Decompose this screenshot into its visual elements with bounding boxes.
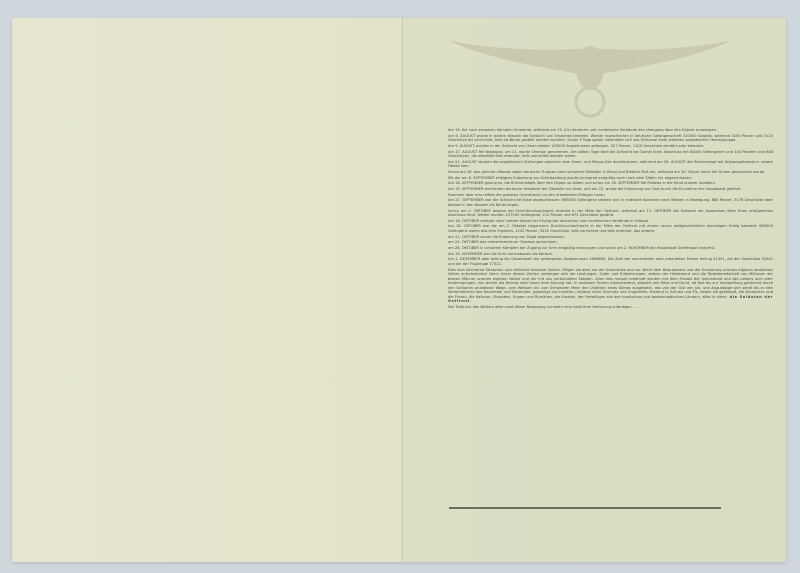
paragraph: am 24. OKTOBER das Industriezentrum Char… bbox=[448, 240, 773, 245]
paragraph: Dies sind nüchterne Tatsachen und vielle… bbox=[448, 268, 773, 304]
center-fold bbox=[402, 18, 403, 562]
paragraph: Am 16. NOVEMBER war die Krim durchstosse… bbox=[448, 252, 773, 257]
paragraph: Der Einbruch des Winters allein wird die… bbox=[448, 305, 773, 310]
paragraph: am 28. OKTOBER in schweren Kämpfen der Z… bbox=[448, 246, 773, 251]
paragraph: Am 21. AUGUST wurden die sowjetischen St… bbox=[448, 160, 773, 169]
document-body: Am 16. fiel nach schweren Kämpfen Smolen… bbox=[448, 128, 773, 310]
paragraph: Am 19. SEPTEMBER erstürmten deutsche Ver… bbox=[448, 187, 773, 192]
paragraph: Am 16. SEPTEMBER gelang es, die Brückenk… bbox=[448, 181, 773, 186]
paragraph: Am 17. AUGUST fiel Nikolajew, am 21. wur… bbox=[448, 150, 773, 159]
paragraph: Am 18. OKTOBER war die am 2. Oktober beg… bbox=[448, 224, 773, 233]
paragraph: Mit der am 8. SEPTEMBER erfolgten Erober… bbox=[448, 176, 773, 181]
closing-emphasis: die Soldaten der Ostfront. bbox=[448, 295, 773, 304]
paragraph: Am 27. SEPTEMBER war die Schlacht bei Ki… bbox=[448, 198, 773, 207]
paragraph: Nunmehr aber erst reiften die grössten O… bbox=[448, 193, 773, 198]
paragraph: Am 6. AUGUST wurde in weiten Kesseln die… bbox=[448, 134, 773, 143]
paragraph: Schon am 2. OKTOBER begann der Durchbruc… bbox=[448, 209, 773, 218]
paragraph: Schon am 28. des gleichen Monats zogen d… bbox=[448, 170, 773, 175]
paragraph: Am 9. AUGUST wurden in der Schlacht von … bbox=[448, 144, 773, 149]
eagle-emblem-icon bbox=[440, 30, 740, 120]
paragraph: Am 16. fiel nach schweren Kämpfen Smolen… bbox=[448, 128, 773, 133]
paragraph: Am 21. OKTOBER wurde die Eroberung von D… bbox=[448, 235, 773, 240]
paragraph: Am 1. DEZEMBER aber betrug die Gesamtzah… bbox=[448, 257, 773, 266]
paragraph: Am 16. OKTOBER erfolgte nach hartem Kamp… bbox=[448, 219, 773, 224]
closing-rule bbox=[449, 507, 721, 509]
